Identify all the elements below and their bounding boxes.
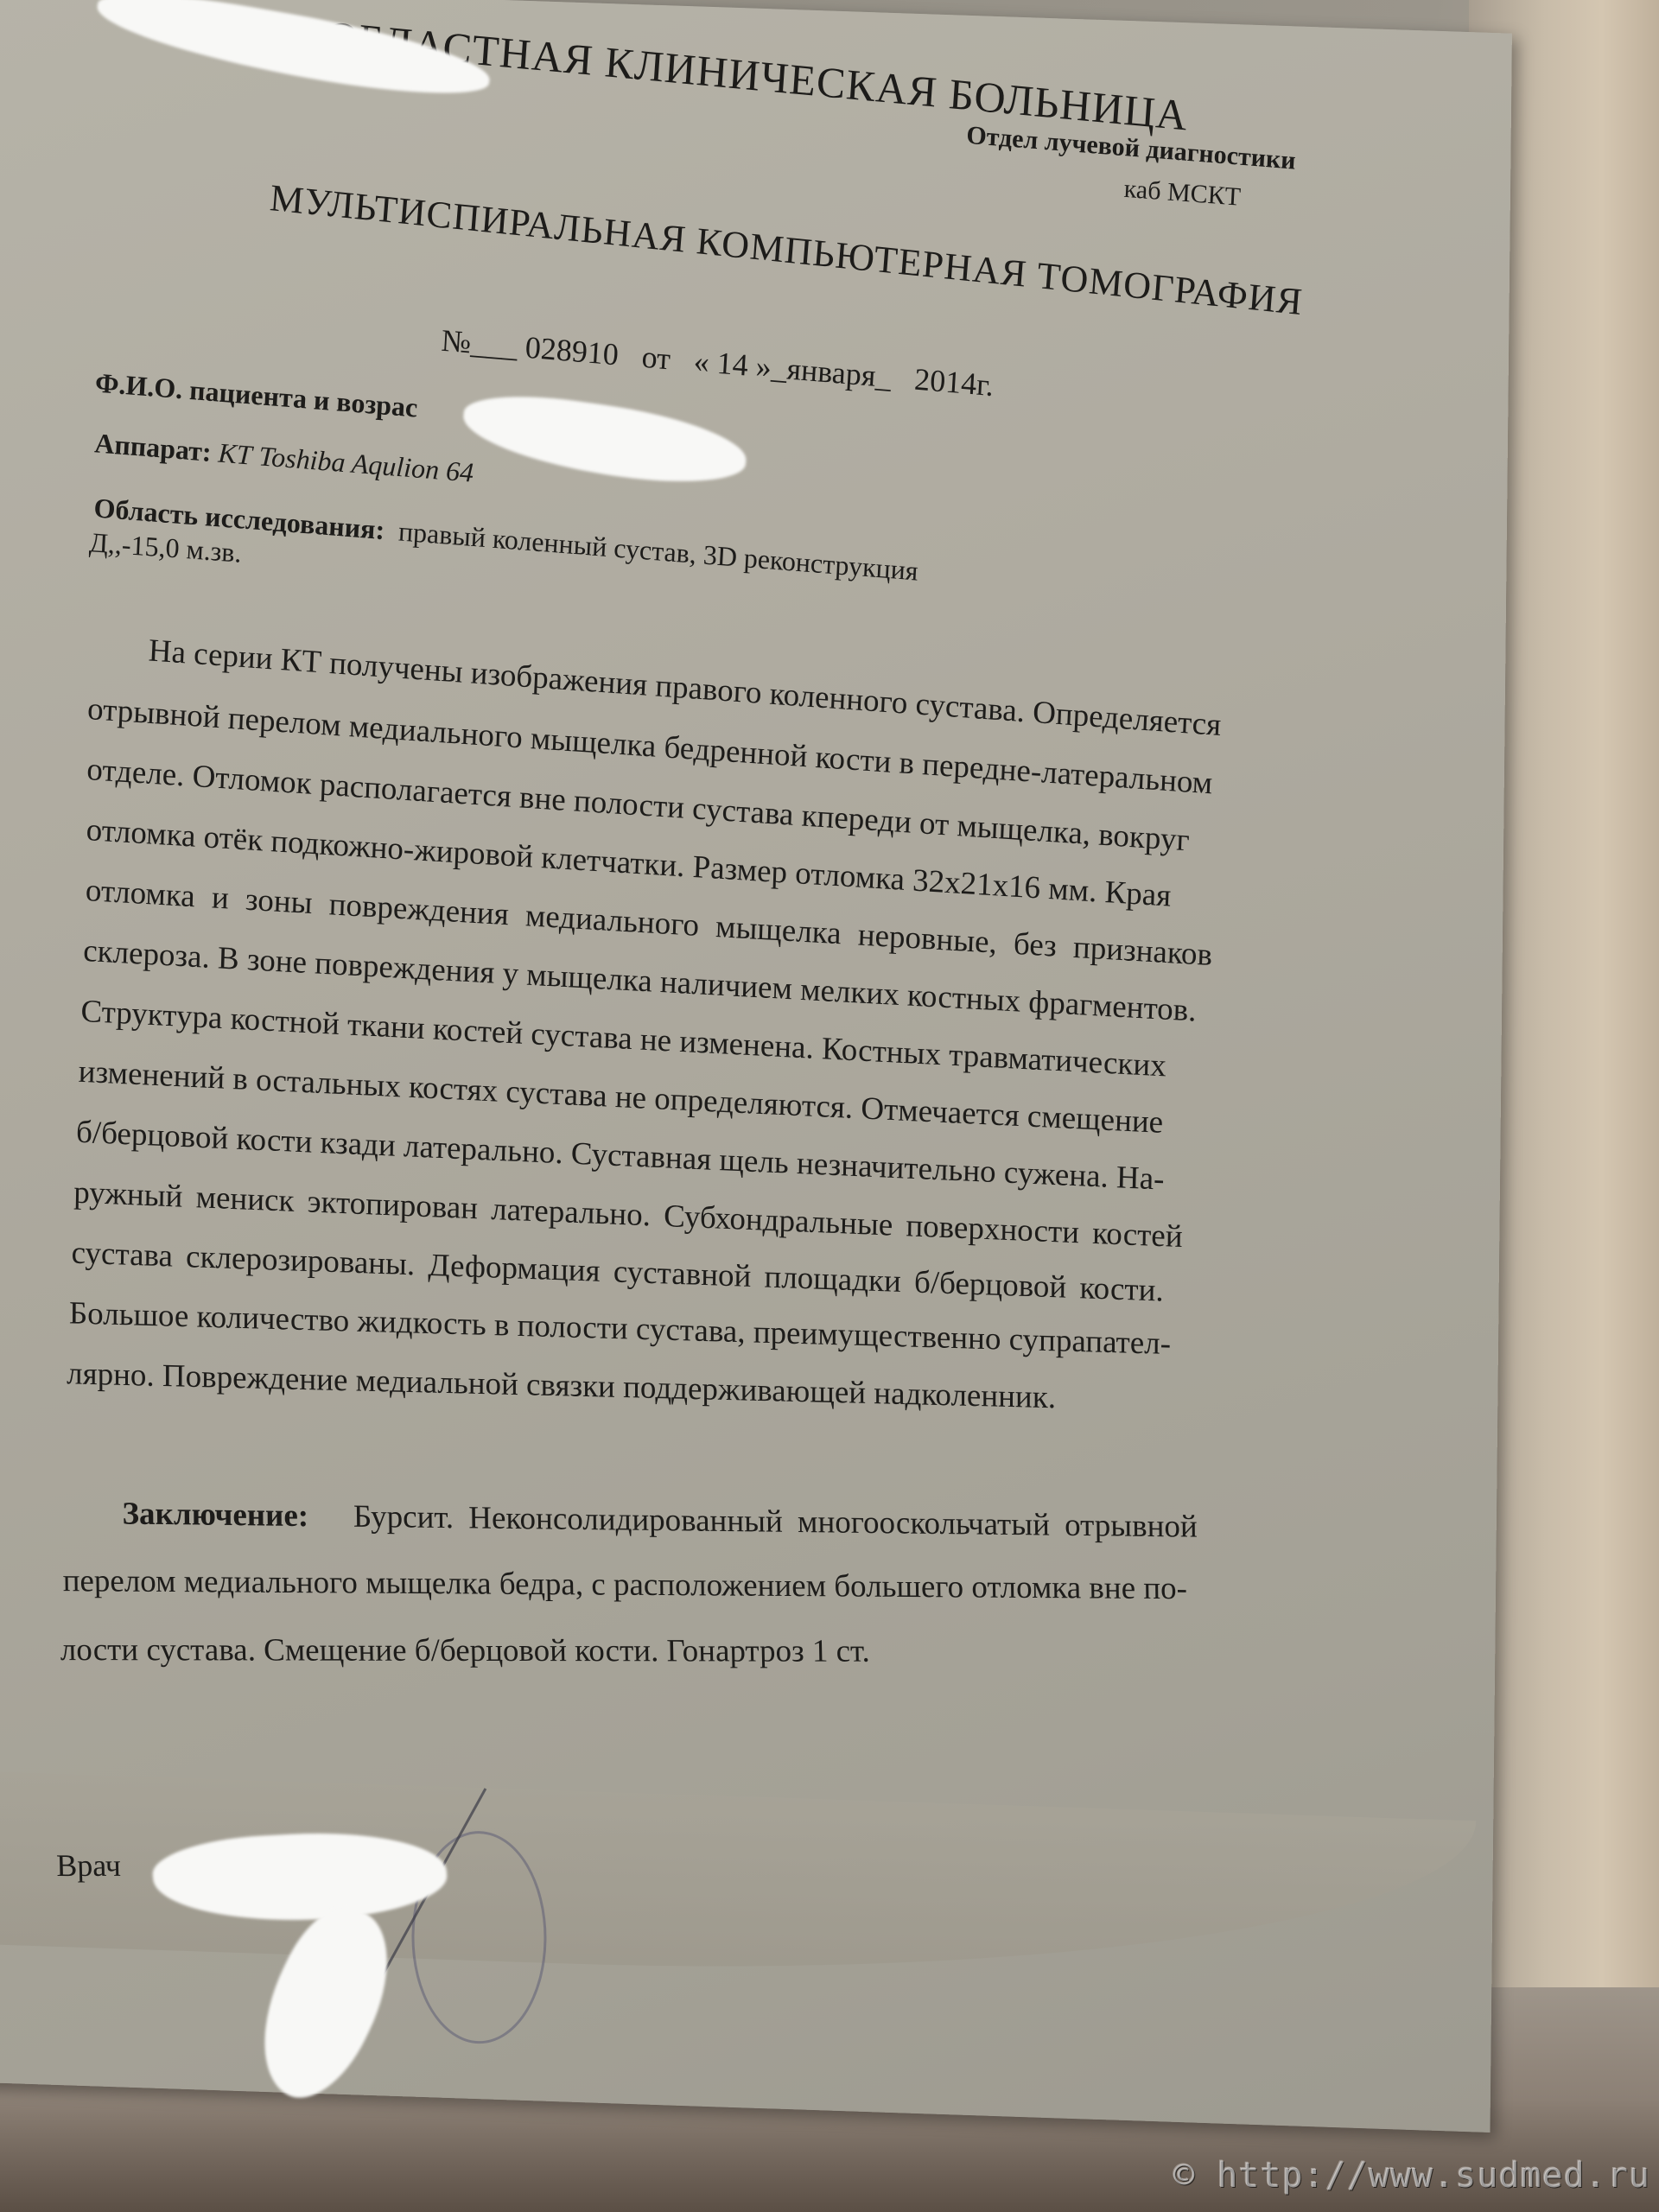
from-label: от [641,340,672,377]
room-label: каб МСКТ [1123,175,1242,213]
report-number-line: №___ 028910 от « 14 »_января_ 2014г. [441,322,995,404]
report-number: 028910 [524,330,620,372]
conclusion-line-2: перелом медиального мыщелка бедра, с рас… [62,1562,1187,1607]
study-area-value: правый коленный сустав, 3D реконструкция [397,515,918,586]
number-prefix: №___ [441,323,519,364]
site-watermark: © http://www.sudmed.ru [1173,2156,1650,2196]
apparatus-value: КТ Toshiba Aqulion 64 [218,437,475,488]
conclusion-label: Заключение: [122,1496,308,1534]
conclusion-text: Бурсит. Неконсолидированный многооскольч… [353,1499,1198,1545]
findings-line: Большое количество жидкость в полости су… [69,1294,1171,1363]
report-month: _января_ [771,350,893,394]
apparatus-label: Аппарат: [93,427,212,467]
conclusion-line-1: Заключение: Бурсит. Неконсолидированный … [122,1495,1198,1545]
doctor-label: Врач [56,1847,122,1884]
redaction-hospital-city [92,0,494,109]
report-year: 2014г. [913,362,995,403]
conclusion-line-3: лости сустава. Смещение б/берцовой кости… [60,1631,870,1670]
redaction-patient [459,386,750,494]
apparatus-field: Аппарат: КТ Toshiba Aqulion 64 [93,427,474,488]
report-paper: СКАЯ ОБЛАСТНАЯ КЛИНИЧЕСКАЯ БОЛЬНИЦА Отде… [0,0,1512,2133]
report-day: « 14 » [693,344,772,385]
patient-label: Ф.И.О. пациента и возрас [94,366,418,423]
findings-line: лярно. Повреждение медиальной связки под… [67,1355,1056,1416]
